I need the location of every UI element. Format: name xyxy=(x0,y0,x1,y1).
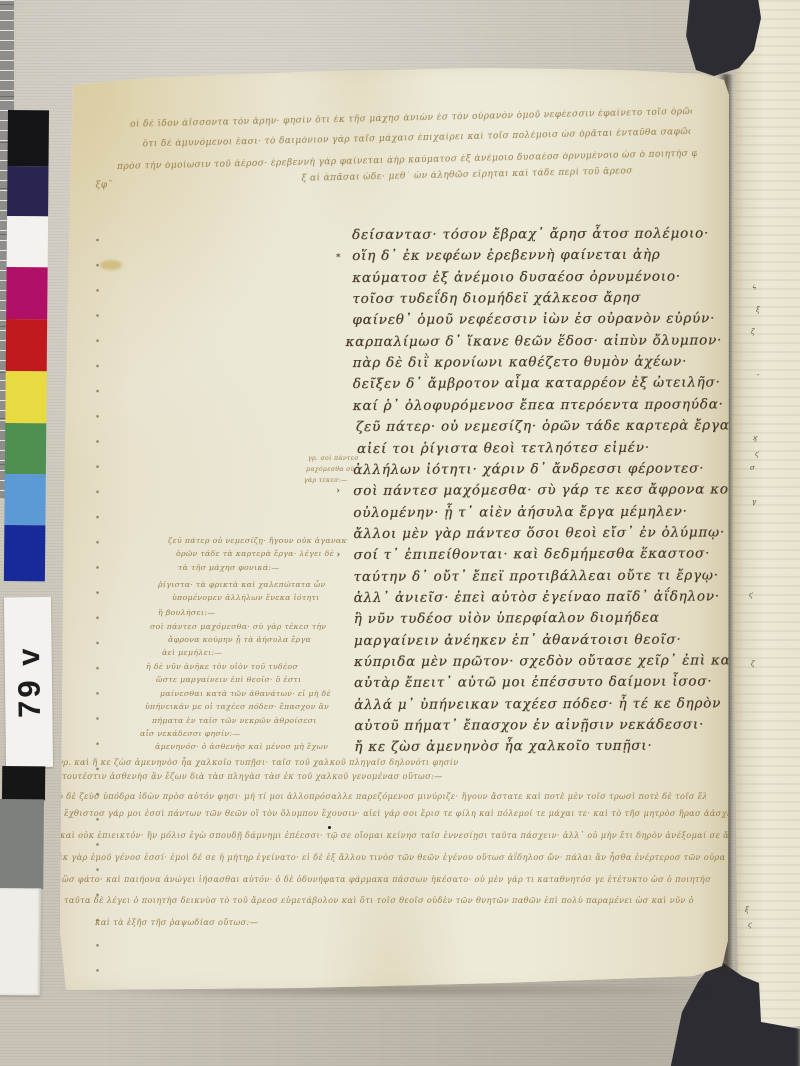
edge-ink-mark: ϗ xyxy=(753,434,757,442)
edge-ink-mark: ϛ xyxy=(749,591,753,599)
edge-ink-mark: ϛ xyxy=(748,921,752,929)
edge-ink-mark: ζ xyxy=(751,660,755,668)
edge-ink-mark: σ xyxy=(750,464,755,472)
manuscript-photo: { "folio_label": { "text": "79 v" }, "co… xyxy=(0,0,800,1066)
edge-ink-mark: ξ xyxy=(745,906,749,914)
edge-ink-mark: ϛ xyxy=(755,450,759,458)
edge-ink-mark: γ xyxy=(752,498,756,506)
edge-ink-mark: ϟ xyxy=(752,284,757,292)
edge-ink-mark: ξ xyxy=(756,306,760,314)
edge-ink-mark: ζ xyxy=(751,328,755,336)
facing-page-ink-marks: ϟξζ-ϗϛσγϛζξϛ xyxy=(0,0,800,1066)
edge-ink-mark: - xyxy=(757,371,759,379)
